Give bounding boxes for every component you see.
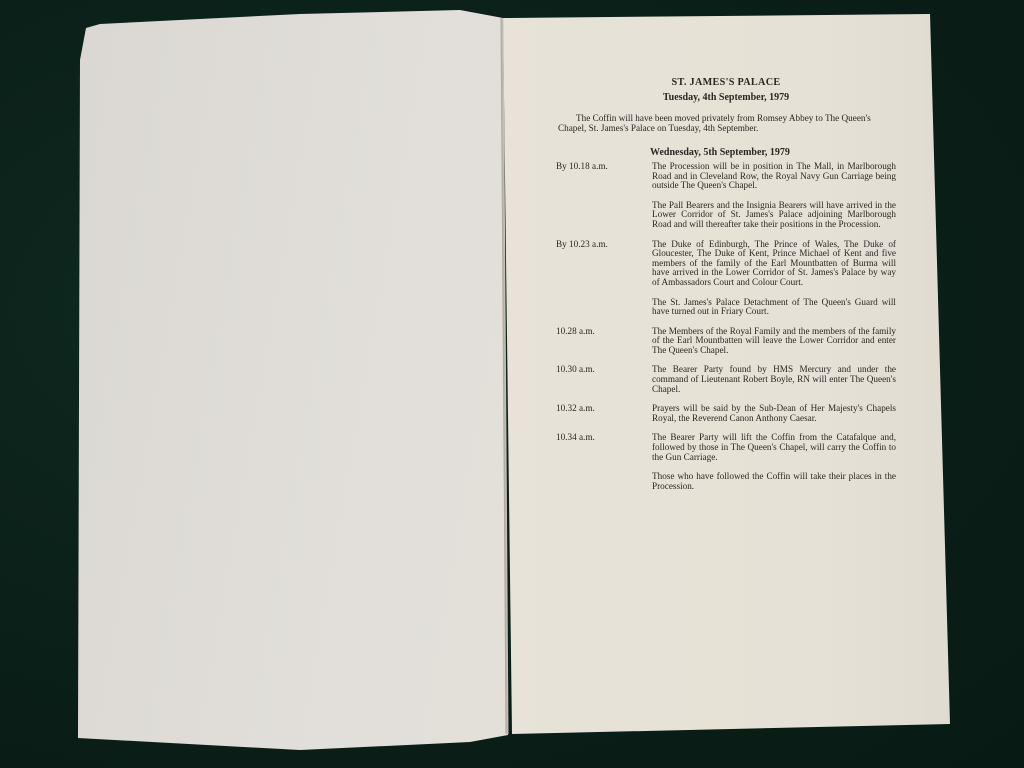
- intro-paragraph: The Coffin will have been moved privatel…: [556, 114, 896, 133]
- schedule-time: 10.30 a.m.: [556, 365, 652, 394]
- schedule-time: By 10.23 a.m.: [556, 240, 652, 317]
- schedule-row: By 10.23 a.m. The Duke of Edinburgh, The…: [556, 240, 896, 317]
- schedule-paragraph: The Procession will be in position in Th…: [652, 162, 896, 191]
- page-content: ST. JAMES'S PALACE Tuesday, 4th Septembe…: [556, 78, 896, 491]
- schedule-paragraph: The Bearer Party will lift the Coffin fr…: [652, 433, 896, 462]
- schedule-paragraph: The Bearer Party found by HMS Mercury an…: [652, 365, 896, 394]
- schedule-paragraph: The St. James's Palace Detachment of The…: [652, 298, 896, 317]
- schedule-paragraph: Those who have followed the Coffin will …: [652, 472, 896, 491]
- schedule-time: 10.32 a.m.: [556, 404, 652, 423]
- photo-scene: ST. JAMES'S PALACE Tuesday, 4th Septembe…: [0, 0, 1024, 768]
- schedule-row: 10.28 a.m. The Members of the Royal Fami…: [556, 327, 896, 356]
- schedule-time: By 10.18 a.m.: [556, 162, 652, 230]
- document-subtitle: Tuesday, 4th September, 1979: [556, 93, 896, 103]
- schedule-row: By 10.18 a.m. The Procession will be in …: [556, 162, 896, 230]
- schedule-time: 10.34 a.m.: [556, 433, 652, 491]
- schedule-time: 10.28 a.m.: [556, 327, 652, 356]
- schedule-row: 10.30 a.m. The Bearer Party found by HMS…: [556, 365, 896, 394]
- schedule-paragraph: The Pall Bearers and the Insignia Bearer…: [652, 201, 896, 230]
- schedule-paragraph: The Duke of Edinburgh, The Prince of Wal…: [652, 240, 896, 288]
- schedule-row: 10.34 a.m. The Bearer Party will lift th…: [556, 433, 896, 491]
- schedule-paragraph: The Members of the Royal Family and the …: [652, 327, 896, 356]
- schedule-paragraph: Prayers will be said by the Sub-Dean of …: [652, 404, 896, 423]
- day-heading: Wednesday, 5th September, 1979: [650, 148, 896, 158]
- document-title: ST. JAMES'S PALACE: [556, 78, 896, 88]
- schedule-row: 10.32 a.m. Prayers will be said by the S…: [556, 404, 896, 423]
